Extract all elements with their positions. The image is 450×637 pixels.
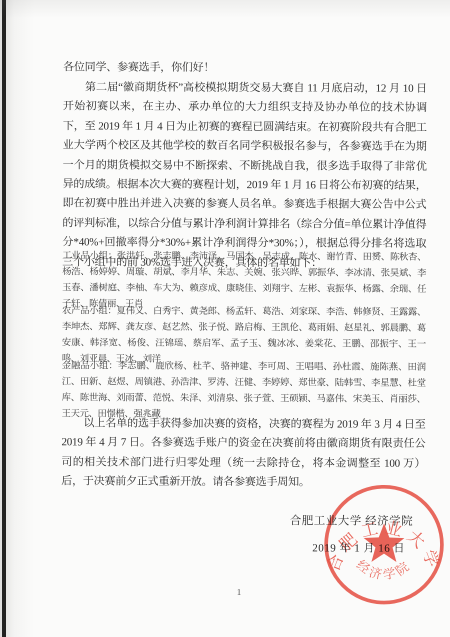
group-names: 张洪轩、张志鹏、李沛泽、马国杰、吴志成、陈水、谢竹青、田赟、陈秋杏、杨浩、杨婷婷… (62, 252, 426, 310)
group-label: 工业品小组： (62, 252, 117, 262)
document-content: 各位同学、参赛选手，你们好！ 第二届“徽商期货杯”高校模拟期货交易大赛自 11 … (0, 0, 450, 637)
page-number: 1 (237, 587, 242, 597)
scanned-document-page: 各位同学、参赛选手，你们好！ 第二届“徽商期货杯”高校模拟期货交易大赛自 11 … (0, 0, 450, 637)
group-label: 农产品小组： (62, 307, 117, 317)
intro-paragraph: 第二届“徽商期货杯”高校模拟期货交易大赛自 11 月底启动，12 月 10 日开… (62, 78, 427, 274)
group-names: 夏伟义、白秀宇、黄尧郎、杨孟轩、葛浩、刘家琛、李浩、韩修贤、王露露、李坤杰、郑辉… (62, 307, 426, 365)
official-red-seal: 合肥工业大学 经济学院 (319, 481, 450, 612)
group-label: 金融品小组： (62, 362, 118, 372)
greeting-line: 各位同学、参赛选手，你们好！ (63, 58, 427, 79)
seal-inner-text: 经济学院 (354, 558, 414, 583)
